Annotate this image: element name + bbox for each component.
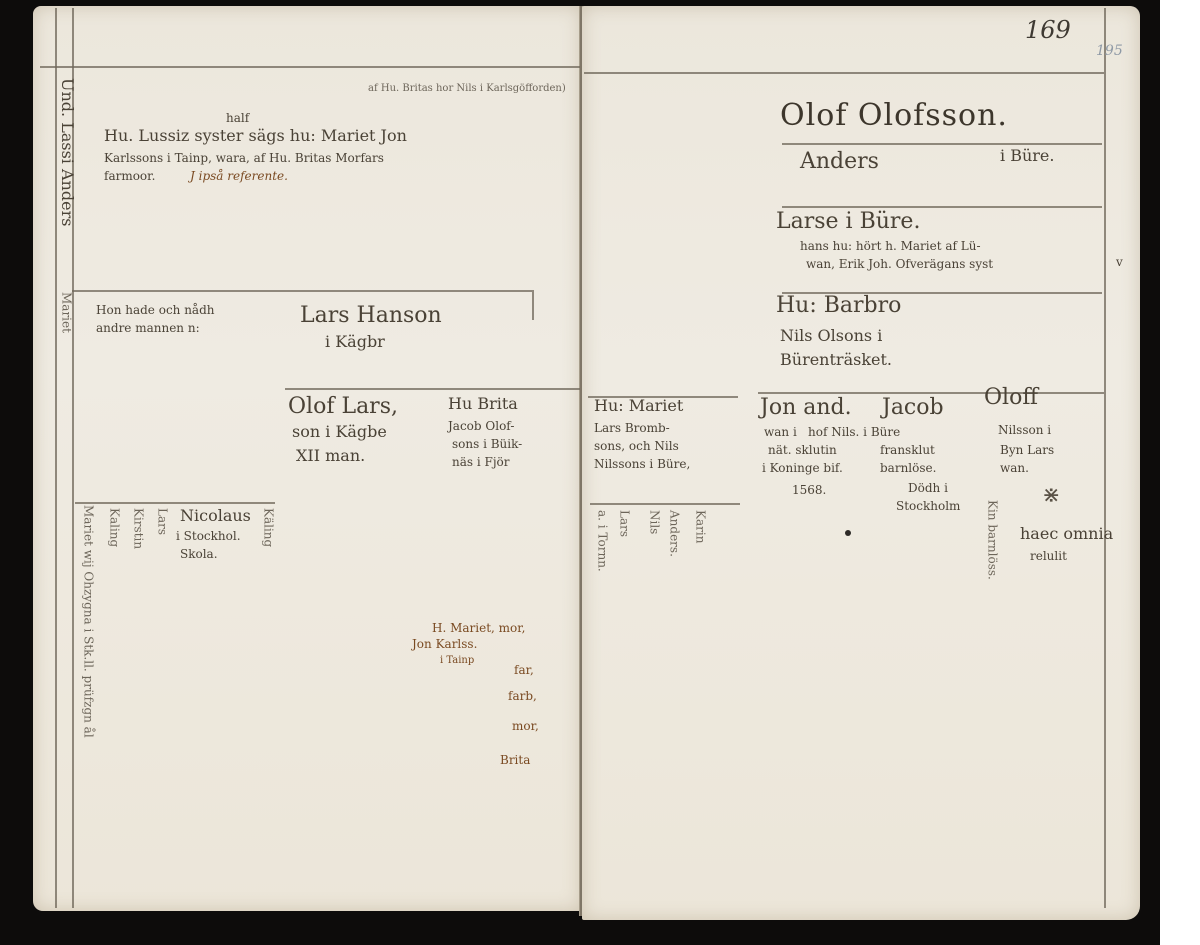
rule-second-husband: [72, 290, 532, 292]
entry-1-line-1: hans hu: hört h. Mariet af Lü-: [800, 240, 981, 253]
child-1-line-3: XII man.: [296, 448, 365, 465]
ink-dot: [845, 530, 851, 536]
rule-title: [782, 143, 1102, 145]
son-1-heading: Jon and.: [760, 396, 852, 419]
margin-vertical-name: Und. Lassi Anders: [58, 78, 75, 226]
top-rule-right: [584, 72, 1104, 74]
vertical-child-5: Karin: [694, 510, 707, 543]
son-2-line-2: hof Nils. i Büre: [808, 426, 900, 439]
superscript-half: half: [226, 112, 249, 125]
subtitle-place: i Büre.: [1000, 148, 1054, 165]
top-annotation: af Hu. Britas hor Nils i Karlsgöfforden): [368, 84, 566, 95]
page-number: 169: [1025, 18, 1071, 43]
entry-2-line-2: Bürenträsket.: [780, 352, 892, 369]
son-1-line-2: wan i: [764, 426, 797, 439]
second-husband-note-1: Hon hade och nådh: [96, 304, 215, 317]
daughter-line-4: Nilssons i Büre,: [594, 458, 690, 471]
lineage-header-3: i Tainp: [440, 656, 474, 667]
second-husband-place: i Kägbr: [325, 334, 385, 351]
rule-second-husband-end: [532, 290, 534, 320]
vertical-child-2: Lars: [618, 510, 631, 537]
margin-vertical-mariet: Mariet: [60, 292, 73, 333]
grandchild-vertical-2: Kirstin: [132, 508, 145, 549]
margin-vertical-bottom: Mariet wij Ohzygna i Stk.ll. prüfzgn ål: [82, 505, 95, 738]
second-husband-name: Lars Hanson: [300, 304, 442, 327]
entry-1-margin-mark: v: [1116, 256, 1123, 269]
child-2-line-3: sons i Büik-: [452, 438, 522, 451]
daughter-line-3: sons, och Nils: [594, 440, 679, 453]
lineage-chain-4: Brita: [500, 754, 530, 767]
grandchild-nicolaus: Nicolaus: [180, 508, 251, 525]
top-note-line-1: Hu. Lussiz syster sägs hu: Mariet Jon: [104, 128, 407, 145]
entry-2-line-1: Nils Olsons i: [780, 328, 882, 345]
lineage-chain-3: mor,: [512, 720, 539, 733]
child-1-line-2: son i Kägbe: [292, 424, 387, 441]
son-1-line-4: i Koninge bif.: [762, 462, 843, 475]
lineage-header-2: Jon Karlss.: [412, 638, 477, 651]
vertical-note-barnloss: Kin barnlöss.: [986, 500, 999, 580]
latin-note-line-2: relulit: [1030, 550, 1067, 563]
rule-vertical-children: [590, 503, 740, 505]
margin-rule-right: [1104, 8, 1106, 908]
second-husband-note-2: andre mannen n:: [96, 322, 200, 335]
daughter-line-2: Lars Bromb-: [594, 422, 670, 435]
top-note-line-3: farmoor.: [104, 170, 155, 183]
rule-children-left: [285, 388, 580, 390]
son-2-heading: Jacob: [882, 396, 944, 419]
rule-entry-1: [782, 206, 1102, 208]
cross-mark-icon: ⋇: [1042, 484, 1060, 507]
lineage-chain-1: far,: [514, 664, 534, 677]
son-2-line-4: barnlöse.: [880, 462, 936, 475]
son-2-line-6: Stockholm: [896, 500, 960, 513]
vertical-child-3: Nils: [648, 510, 661, 534]
son-2-line-5: Dödh i: [908, 482, 948, 495]
son-3-line-2: Nilsson i: [998, 424, 1051, 437]
page-number-pencil: 195: [1096, 44, 1123, 59]
son-1-year: 1568.: [792, 484, 826, 497]
child-2-line-2: Jacob Olof-: [448, 420, 514, 433]
entry-2-heading: Hu: Barbro: [776, 294, 901, 317]
rule-sons: [758, 392, 1104, 394]
son-3-heading: Oloff: [984, 386, 1038, 409]
grandchild-vertical-4: Käling: [262, 508, 275, 547]
grandchild-vertical-3: Kaling: [108, 508, 121, 547]
page-title: Olof Olofsson.: [780, 100, 1008, 132]
lineage-chain-2: farb,: [508, 690, 537, 703]
top-note-reference: J ipså referente.: [190, 170, 288, 183]
grandchild-nicolaus-line-2: i Stockhol.: [176, 530, 241, 543]
son-3-line-4: wan.: [1000, 462, 1029, 475]
child-2-line-4: näs i Fjör: [452, 456, 510, 469]
vertical-child-4: Anders.: [668, 510, 681, 557]
son-2-line-3: fransklut: [880, 444, 935, 457]
son-1-line-3: nät. sklutin: [768, 444, 837, 457]
child-1-line-1: Olof Lars,: [288, 395, 398, 418]
top-rule-left: [40, 66, 580, 68]
subtitle-anders: Anders: [800, 150, 879, 173]
grandchild-vertical-1: Lars: [156, 508, 169, 535]
daughter-line-1: Hu: Mariet: [594, 398, 683, 415]
lineage-header-1: H. Mariet, mor,: [432, 622, 526, 635]
latin-note-line-1: haec omnia: [1020, 526, 1113, 543]
margin-rule-outer-left: [55, 8, 57, 908]
child-2-line-1: Hu Brita: [448, 396, 518, 413]
entry-1-line-2: wan, Erik Joh. Ofverägans syst: [806, 258, 993, 271]
son-3-line-3: Byn Lars: [1000, 444, 1054, 457]
grandchild-nicolaus-line-3: Skola.: [180, 548, 218, 561]
top-note-line-2: Karlssons i Tainp, wara, af Hu. Britas M…: [104, 152, 384, 165]
vertical-child-1: a. i Tornn.: [596, 510, 609, 572]
rule-grandchildren: [75, 502, 275, 504]
entry-1-heading: Larse i Büre.: [776, 210, 920, 233]
